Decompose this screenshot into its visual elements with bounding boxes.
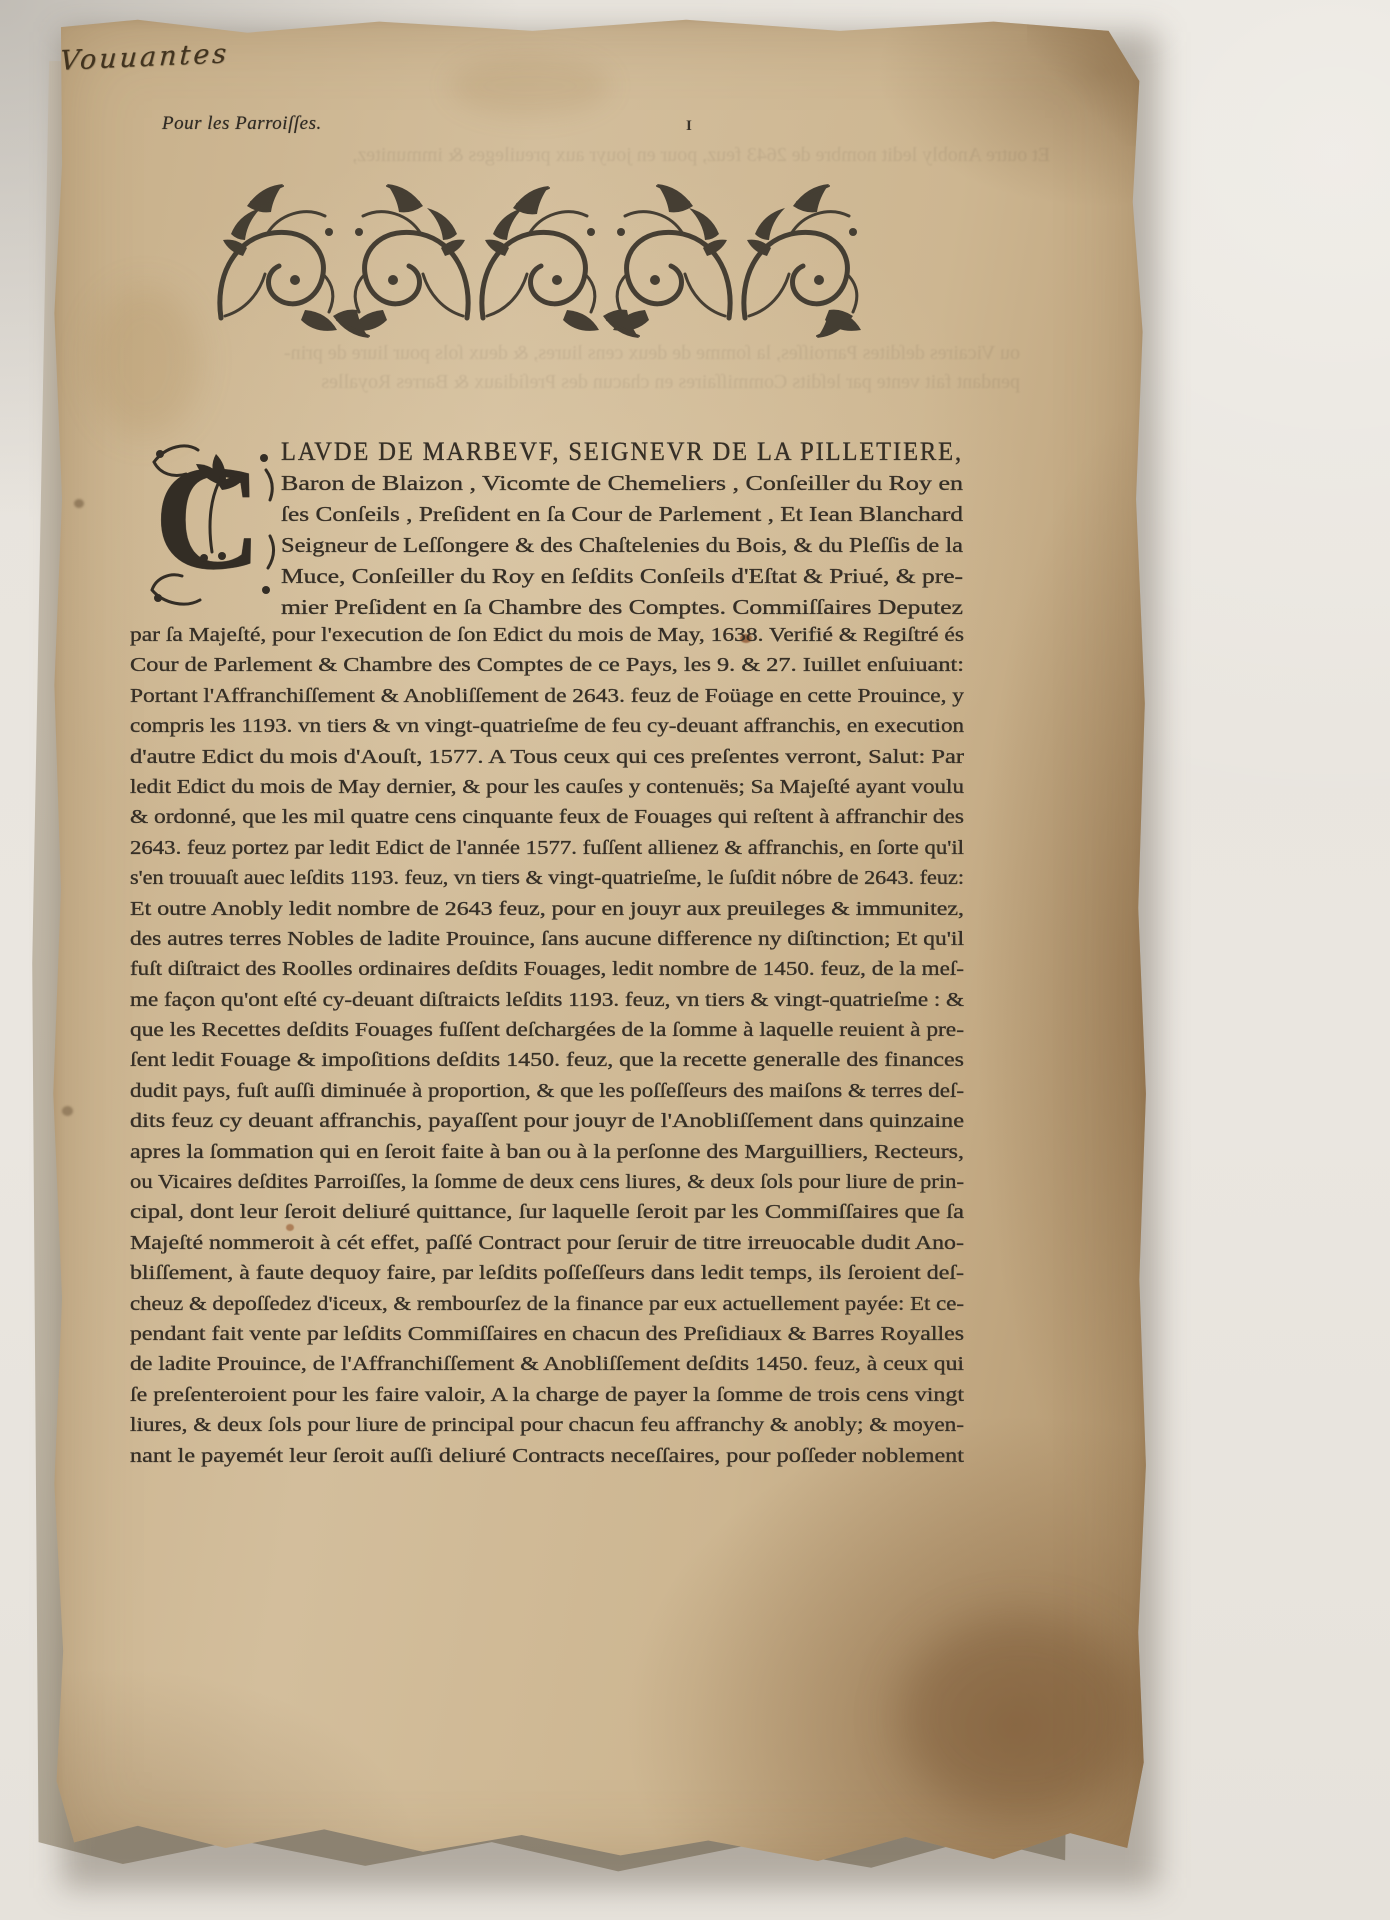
bleedthrough-line: ou Vicaires deſdites Parroiſſes, la ſomm… xyxy=(200,342,1020,365)
text-line: d'autre Edict du mois d'Aouſt, 1577. A T… xyxy=(130,742,964,772)
text-line: Baron de Blaizon , Vicomte de Chemeliers… xyxy=(281,468,963,499)
ink-spot xyxy=(62,1106,73,1116)
text-line: ſent ledit Fouage & impoſitions deſdits … xyxy=(130,1045,964,1075)
svg-text:pendant fait vente par leſdits: pendant fait vente par leſdits Commiſſai… xyxy=(130,1323,964,1345)
svg-text:Muce, Conſeiller du Roy en ſeſ: Muce, Conſeiller du Roy en ſeſdits Conſe… xyxy=(281,564,963,588)
bleedthrough-line: Et outre Anobly ledit nombre de 2643 feu… xyxy=(160,144,1050,167)
svg-text:s'en trouuaſt auec leſdits 119: s'en trouuaſt auec leſdits 1193. feuz, v… xyxy=(130,867,964,889)
svg-text:Seigneur de Leſſongere & des C: Seigneur de Leſſongere & des Chaſtelenie… xyxy=(281,533,963,557)
text-line: ou Vicaires deſdites Parroiſſes, la ſomm… xyxy=(130,1167,964,1197)
svg-text:ſes Conſeils , Preſident en ſa: ſes Conſeils , Preſident en ſa Cour de P… xyxy=(281,502,963,526)
running-header: Pour les Parroiſſes. xyxy=(162,113,322,135)
woodcut-initial-icon: C xyxy=(146,440,278,610)
text-line: bliſſement, à faute dequoy faire, par le… xyxy=(130,1258,964,1288)
text-line: pendant fait vente par leſdits Commiſſai… xyxy=(130,1319,964,1349)
text-line: 2643. feuz portez par ledit Edict de l'a… xyxy=(130,833,964,863)
svg-text:des autres terres Nobles de la: des autres terres Nobles de ladite Proui… xyxy=(130,928,964,950)
svg-text:nant le payemét leur ſeroit au: nant le payemét leur ſeroit auſſi deliur… xyxy=(130,1445,964,1467)
svg-text:Majeſté nommeroit à cét effet,: Majeſté nommeroit à cét effet, paſſé Con… xyxy=(130,1232,964,1254)
svg-text:Cour de Parlement & Chambre de: Cour de Parlement & Chambre des Comptes … xyxy=(130,654,964,676)
text-line: Et outre Anobly ledit nombre de 2643 feu… xyxy=(130,894,964,924)
svg-text:que les Recettes deſdits Fouag: que les Recettes deſdits Fouages fuſſent… xyxy=(130,1019,964,1041)
text-line: nant le payemét leur ſeroit auſſi deliur… xyxy=(130,1441,964,1471)
text-line: des autres terres Nobles de ladite Proui… xyxy=(130,924,964,954)
text-line: compris les 1193. vn tiers & vn vingt-qu… xyxy=(130,711,964,741)
text-line: ſe preſenteroient pour les faire valoir,… xyxy=(130,1380,964,1410)
text-line: cipal, dont leur ſeroit deliuré quittanc… xyxy=(130,1197,964,1227)
handwritten-annotation: Vouuantes xyxy=(59,38,230,76)
parchment-page: Vouuantes Pour les Parroiſſes. I Et outr… xyxy=(50,16,1147,1874)
text-line: Portant l'Affranchiſſement & Anobliſſeme… xyxy=(130,681,964,711)
text-line: Muce, Conſeiller du Roy en ſeſdits Conſe… xyxy=(281,561,963,592)
svg-text:& ordonné, que les mil quatre: & ordonné, que les mil quatre cens cinqu… xyxy=(130,806,964,828)
svg-text:ſent ledit Fouage & impoſition: ſent ledit Fouage & impoſitions deſdits … xyxy=(130,1049,964,1071)
svg-text:me façon qu'ont eſté cy-deuant: me façon qu'ont eſté cy-deuant diſtraict… xyxy=(130,989,964,1011)
svg-text:par ſa Majeſté, pour l'executi: par ſa Majeſté, pour l'execution de ſon … xyxy=(130,624,964,646)
svg-text:Portant l'Affranchiſſement & A: Portant l'Affranchiſſement & Anobliſſeme… xyxy=(130,685,964,707)
ink-spot xyxy=(74,499,84,508)
svg-text:ou Vicaires deſdites Parroiſſe: ou Vicaires deſdites Parroiſſes, la ſomm… xyxy=(130,1171,964,1193)
text-line: Majeſté nommeroit à cét effet, paſſé Con… xyxy=(130,1228,964,1258)
text-line: que les Recettes deſdits Fouages fuſſent… xyxy=(130,1015,964,1045)
svg-text:dits feuz cy deuant affranchis: dits feuz cy deuant affranchis, payaſſen… xyxy=(130,1110,964,1132)
text-line: fuſt diſtraict des Roolles ordinaires de… xyxy=(130,954,964,984)
body-text-block: par ſa Majeſté, pour l'execution de ſon … xyxy=(130,620,964,1471)
svg-text:liures, & deux ſols pour liure: liures, & deux ſols pour liure de princi… xyxy=(130,1414,964,1436)
svg-text:cipal, dont leur ſeroit deliur: cipal, dont leur ſeroit deliuré quittanc… xyxy=(130,1201,964,1223)
heading-text: LAVDE DE MARBEVF, SEIGNEVR DE LA PILLETI… xyxy=(281,437,963,466)
svg-text:bliſſement, à faute dequoy fai: bliſſement, à faute dequoy faire, par le… xyxy=(130,1262,964,1284)
svg-text:dudit pays, fuſt auſſi diminué: dudit pays, fuſt auſſi diminuée à propor… xyxy=(130,1080,964,1102)
text-line: de ladite Prouince, de l'Affranchiſſemen… xyxy=(130,1349,964,1379)
svg-text:ledit Edict du mois de May der: ledit Edict du mois de May dernier, & po… xyxy=(130,776,964,798)
heading-line: LAVDE DE MARBEVF, SEIGNEVR DE LA PILLETI… xyxy=(281,434,963,468)
text-line: cheuz & depoſſedez d'iceux, & rembourſez… xyxy=(130,1289,964,1319)
stain xyxy=(90,286,200,436)
drop-cap-letter: C xyxy=(154,440,262,601)
svg-text:cheuz & depoſſedez d'iceux, &: cheuz & depoſſedez d'iceux, & rembourſez… xyxy=(130,1293,964,1315)
page-number: I xyxy=(686,118,692,135)
svg-text:de ladite Prouince, de l'Affra: de ladite Prouince, de l'Affranchiſſemen… xyxy=(130,1353,964,1375)
text-line: ſes Conſeils , Preſident en ſa Cour de P… xyxy=(281,499,963,530)
svg-text:apres la ſommation qui en ſero: apres la ſommation qui en ſeroit faite à… xyxy=(130,1141,964,1163)
text-line: Cour de Parlement & Chambre des Comptes … xyxy=(130,650,964,680)
svg-text:ſe preſenteroient pour les fai: ſe preſenteroient pour les faire valoir,… xyxy=(130,1384,964,1406)
stain xyxy=(450,56,610,116)
text-line: par ſa Majeſté, pour l'execution de ſon … xyxy=(130,620,964,650)
text-line: ledit Edict du mois de May dernier, & po… xyxy=(130,772,964,802)
text-line: liures, & deux ſols pour liure de princi… xyxy=(130,1410,964,1440)
svg-text:compris les 1193. vn tiers & v: compris les 1193. vn tiers & vn vingt-qu… xyxy=(130,715,964,737)
text-line: dits feuz cy deuant affranchis, payaſſen… xyxy=(130,1106,964,1136)
svg-text:Baron de Blaizon , Vicomte de: Baron de Blaizon , Vicomte de Chemeliers… xyxy=(281,471,963,495)
heading-indented-lines: Baron de Blaizon , Vicomte de Chemeliers… xyxy=(281,468,963,623)
bleedthrough-line: pendant fait vente par leſdits Commiſſai… xyxy=(220,371,1020,394)
svg-text:2643. feuz portez par ledit Ed: 2643. feuz portez par ledit Edict de l'a… xyxy=(130,837,964,859)
text-line: mier Preſident en ſa Chambre des Comptes… xyxy=(281,592,963,623)
text-line: & ordonné, que les mil quatre cens cinqu… xyxy=(130,802,964,832)
text-line: dudit pays, fuſt auſſi diminuée à propor… xyxy=(130,1076,964,1106)
woodcut-ornament-band-icon xyxy=(213,182,868,340)
svg-text:mier Preſident en ſa Chambre d: mier Preſident en ſa Chambre des Comptes… xyxy=(281,595,963,619)
text-line: me façon qu'ont eſté cy-deuant diſtraict… xyxy=(130,985,964,1015)
stain xyxy=(900,1616,1140,1816)
scanned-document-scene: Vouuantes Pour les Parroiſſes. I Et outr… xyxy=(0,0,1390,1920)
svg-text:Et outre Anobly ledit nombre d: Et outre Anobly ledit nombre de 2643 feu… xyxy=(130,898,964,920)
svg-text:d'autre Edict du mois d'Aouſt,: d'autre Edict du mois d'Aouſt, 1577. A T… xyxy=(130,746,964,768)
text-line: s'en trouuaſt auec leſdits 1193. feuz, v… xyxy=(130,863,964,893)
svg-text:fuſt diſtraict des Roolles ord: fuſt diſtraict des Roolles ordinaires de… xyxy=(130,958,964,980)
text-line: apres la ſommation qui en ſeroit faite à… xyxy=(130,1137,964,1167)
text-line: Seigneur de Leſſongere & des Chaſtelenie… xyxy=(281,530,963,561)
